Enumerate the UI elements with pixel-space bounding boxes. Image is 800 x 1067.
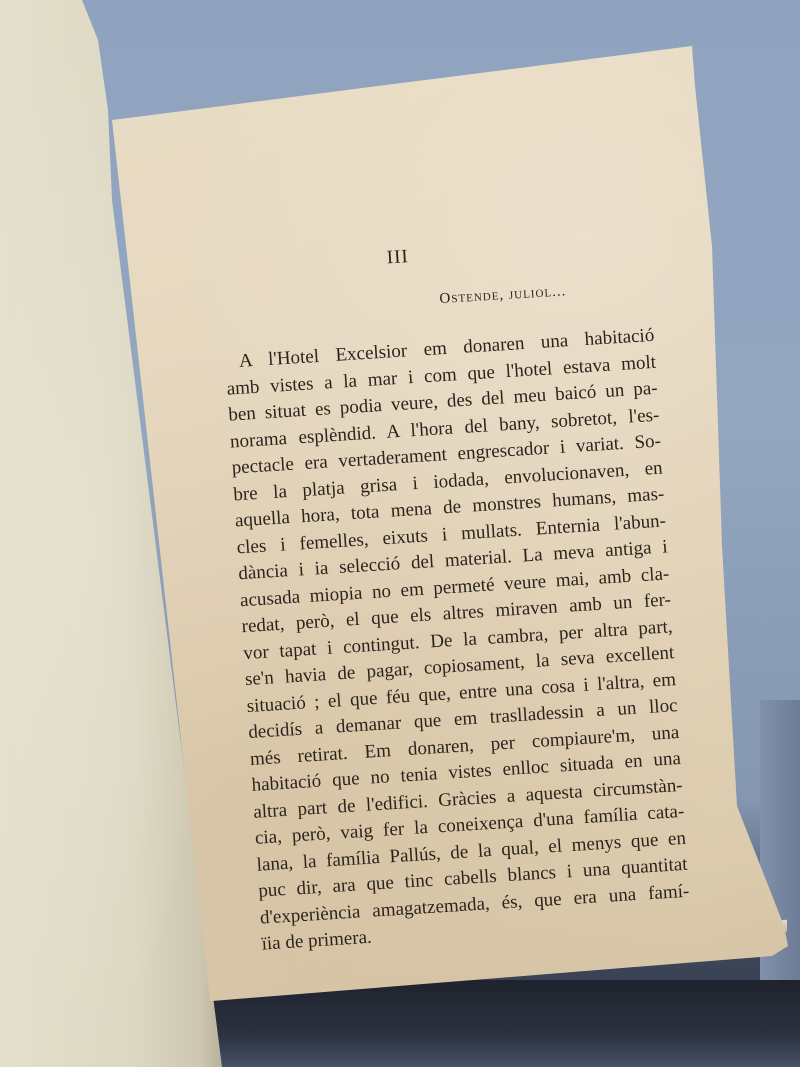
body-paragraph: A l'Hotel Excelsior em donaren una habit…: [224, 323, 691, 958]
photo-scene: III Ostende, juliol... A l'Hotel Excelsi…: [0, 0, 800, 1067]
chapter-number: III: [386, 246, 409, 269]
